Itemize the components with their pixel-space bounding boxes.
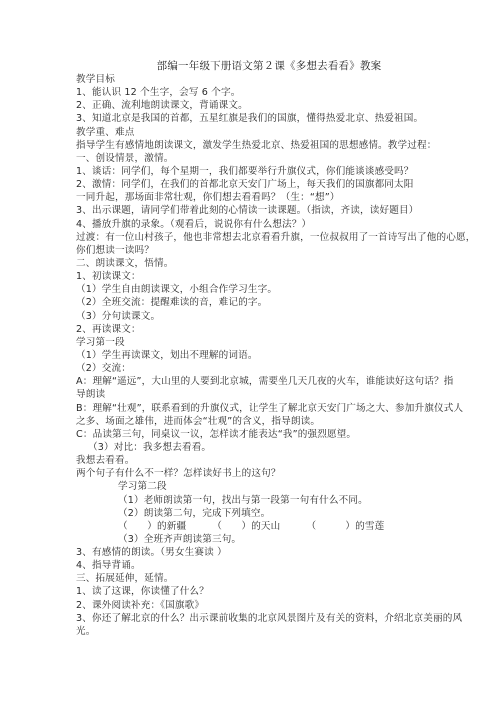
text-line: 指导学生有感情地朗读课文，激发学生热爱北京、热爱祖国的思想感情。教学过程： <box>76 139 436 152</box>
text-line: 两个句子有什么不一样？怎样读好书上的这句？ <box>76 467 436 480</box>
text-line: 我想去看看。 <box>76 454 436 467</box>
text-line: 过渡：有一位山村孩子，他也非常想去北京看看升旗，一位叔叔用了一首诗写出了他的心愿… <box>76 231 436 244</box>
text-line: 3、出示课题，请同学们带着此刻的心情读一读课题。（指读，齐读，读好题目） <box>76 204 436 217</box>
text-line: 一同升起，那场面非常壮观，你们想去看看吗？（生：“想”） <box>76 191 436 204</box>
text-line: A：理解“遥远”，大山里的人要到北京城，需要坐几天几夜的火车，谁能读好这句话？指 <box>76 375 436 388</box>
text-line: 1、能认识 12 个生字，会写 6 个字。 <box>76 86 436 99</box>
document-body: 教学目标1、能认识 12 个生字，会写 6 个字。2、正确、流利地朗读课文，背诵… <box>76 73 436 638</box>
text-line: 1、谈话：同学们，每个星期一，我们都要举行升旗仪式，你们能谈谈感受吗？ <box>76 165 436 178</box>
text-line: 导朗读 <box>76 388 436 401</box>
text-line: 2、激情：同学们，在我们的首都北京天安门广场上，每天我们的国旗都同太阳 <box>76 178 436 191</box>
text-line: （2）全班交流：提醒难读的音，难记的字。 <box>76 296 436 309</box>
text-line: 4、指导背诵。 <box>76 559 436 572</box>
text-line: 学习第二段 <box>76 480 436 493</box>
text-line: 三、拓展延伸，延情。 <box>76 572 436 585</box>
text-line: （1）学生再读课文，划出不理解的词语。 <box>76 349 436 362</box>
text-line: 一、创设情景，激情。 <box>76 152 436 165</box>
text-line: 4、播放升旗的录象。（观看后，说说你有什么想法？） <box>76 218 436 231</box>
text-line: 1、初读课文： <box>76 270 436 283</box>
text-line: 2、正确、流利地朗读课文，背诵课文。 <box>76 99 436 112</box>
text-line: （1）学生自由朗读课文，小组合作学习生字。 <box>76 283 436 296</box>
text-line: 二、朗读课文，悟情。 <box>76 257 436 270</box>
text-line: C：品读第三句，同桌议一议，怎样读才能表达“我”的强烈愿望。 <box>76 428 436 441</box>
text-line: 3、你还了解北京的什么？出示课前收集的北京风景图片及有关的资料，介绍北京美丽的风 <box>76 612 436 625</box>
text-line: 3、有感情的朗读。（男女生赛读 ） <box>76 546 436 559</box>
text-line: （3）对比：我多想去看看。 <box>76 441 436 454</box>
text-line: 学习第一段 <box>76 336 436 349</box>
text-line: 2、再读课文： <box>76 323 436 336</box>
text-line: B：理解“壮观”，联系看到的升旗仪式，让学生了解北京天安门广场之大、参加升旗仪式… <box>76 402 436 415</box>
text-line: （1）老师朗读第一句，找出与第一段第一句有什么不同。 <box>76 494 436 507</box>
text-line: （3）全班齐声朗读第三句。 <box>76 533 436 546</box>
text-line: 1、读了这课，你读懂了什么？ <box>76 585 436 598</box>
document-page: 部编一年级下册语文第２课《多想去看看》教案 教学目标1、能认识 12 个生字，会… <box>0 0 500 707</box>
fill-blank-row: （ ）的新疆（ ）的天山（ ）的雪莲 <box>76 520 436 533</box>
fill-blank-item: （ ）的天山 <box>212 520 280 533</box>
text-line: 教学重、难点 <box>76 126 436 139</box>
text-line: 光。 <box>76 625 436 638</box>
document-title: 部编一年级下册语文第２课《多想去看看》教案 <box>0 59 500 73</box>
fill-blank-item: （ ）的新疆 <box>118 520 186 533</box>
text-line: （2）交流： <box>76 362 436 375</box>
text-line: 教学目标 <box>76 73 436 86</box>
text-line: （2）朗读第二句，完成下列填空。 <box>76 507 436 520</box>
text-line: 之多、场面之雄伟，进而体会“壮观”的含义，指导朗读。 <box>76 415 436 428</box>
text-line: 3、知道北京是我国的首都，五星红旗是我们的国旗，懂得热爱北京、热爱祖国。 <box>76 112 436 125</box>
text-line: （3）分句读课文。 <box>76 310 436 323</box>
text-line: 2、课外阅读补充：《国旗歌》 <box>76 599 436 612</box>
text-line: 你们想读一读吗？ <box>76 244 436 257</box>
fill-blank-item: （ ）的雪莲 <box>306 520 384 533</box>
